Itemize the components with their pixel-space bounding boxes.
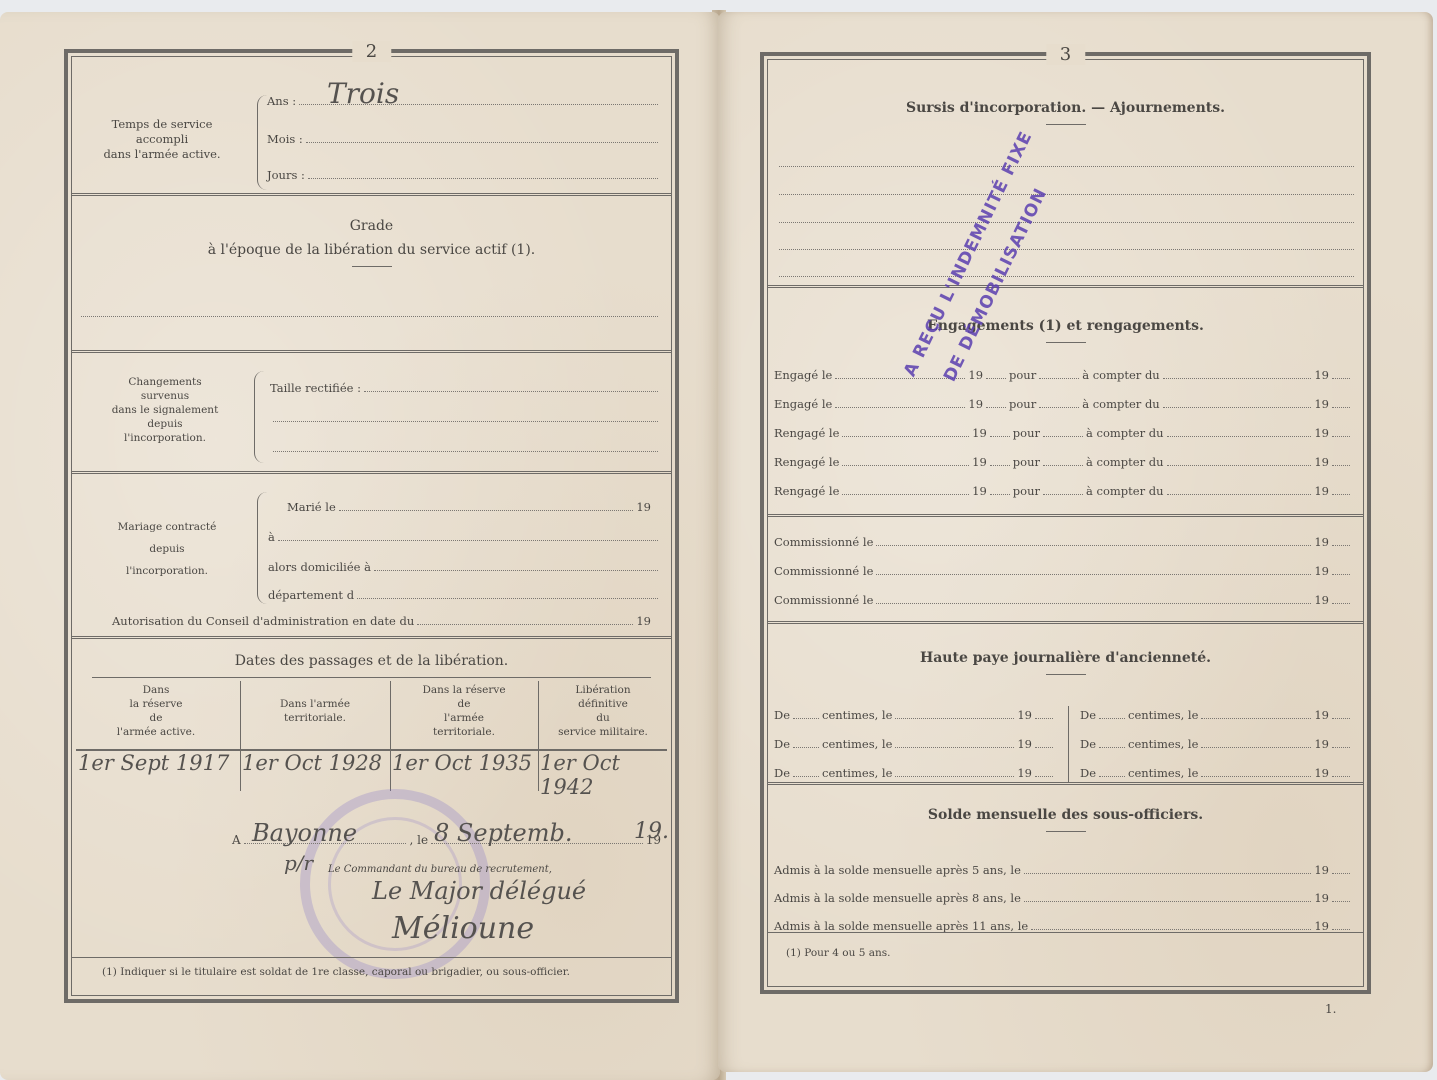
service-time-section: Temps de service accompli dans l'armée a…: [72, 57, 671, 196]
right-footnote: (1) Pour 4 ou 5 ans.: [786, 946, 891, 960]
engagements-section: Engagements (1) et rengagements. Engagé …: [768, 288, 1363, 517]
changes-line-3[interactable]: [270, 441, 661, 452]
column-divider: [1068, 706, 1069, 782]
marie-le-field[interactable]: Marié le19: [287, 500, 651, 514]
date-handwritten: 8 Septemb.: [434, 819, 573, 847]
date-reserve-territoriale: 1er Oct 1935: [392, 751, 532, 775]
left-page: 2 Temps de service accompli dans l'armée…: [0, 12, 720, 1080]
changes-line-2[interactable]: [270, 411, 661, 422]
year-handwritten: 19.: [634, 819, 669, 844]
commission-row[interactable]: Commissionné le19: [774, 564, 1353, 578]
divider: [352, 266, 392, 267]
commissions-section: Commissionné le19 Commissionné le19 Comm…: [768, 517, 1363, 624]
divider: [92, 677, 651, 678]
changes-section: Changements survenus dans le signalement…: [72, 353, 671, 474]
folio-number: 1.: [1325, 1002, 1336, 1016]
divider: [1046, 124, 1086, 125]
column-divider: [390, 681, 391, 791]
engagements-title: Engagements (1) et rengagements.: [768, 318, 1363, 334]
brace: [257, 492, 268, 604]
haute-paye-row-left[interactable]: Decentimes, le19: [774, 766, 1056, 780]
column-divider: [538, 681, 539, 791]
service-time-label: Temps de service accompli dans l'armée a…: [92, 117, 232, 162]
authorization-field[interactable]: Autorisation du Conseil d'administration…: [112, 614, 651, 628]
divider: [1046, 674, 1086, 675]
solde-row[interactable]: Admis à la solde mensuelle après 11 ans,…: [774, 919, 1353, 933]
grade-field[interactable]: [78, 306, 661, 317]
divider: [768, 932, 1363, 933]
domicile-field[interactable]: alors domiciliée à: [268, 560, 661, 574]
solde-title: Solde mensuelle des sous-officiers.: [768, 807, 1363, 823]
grade-subtitle: à l'époque de la libération du service a…: [72, 242, 671, 258]
jours-field[interactable]: Jours :: [267, 168, 661, 182]
ans-value-handwritten: Trois: [327, 77, 399, 110]
right-page-frame: 3 Sursis d'incorporation. — Ajournements…: [760, 52, 1371, 994]
sursis-line[interactable]: [776, 156, 1357, 167]
marriage-place-field[interactable]: à: [268, 530, 661, 544]
departement-field[interactable]: département d: [268, 588, 661, 602]
left-page-frame: 2 Temps de service accompli dans l'armée…: [64, 49, 679, 1003]
column-header-territoriale: Dans l'arméeterritoriale.: [240, 697, 390, 725]
column-header-reserve-territoriale: Dans la réservedel'arméeterritoriale.: [390, 683, 538, 739]
right-page: 3 Sursis d'incorporation. — Ajournements…: [718, 12, 1433, 1072]
marriage-section: Mariage contracté depuis l'incorporation…: [72, 474, 671, 639]
sursis-line[interactable]: [776, 212, 1357, 223]
divider: [1046, 831, 1086, 832]
sursis-line[interactable]: [776, 266, 1357, 277]
left-footnote: (1) Indiquer si le titulaire est soldat …: [102, 965, 570, 979]
sursis-title: Sursis d'incorporation. — Ajournements.: [768, 100, 1363, 116]
engagement-row[interactable]: Engagé le19 pour à compter du19: [774, 397, 1353, 411]
haute-paye-row-left[interactable]: Decentimes, le19: [774, 708, 1056, 722]
sursis-section: Sursis d'incorporation. — Ajournements.: [768, 60, 1363, 288]
haute-paye-row-right[interactable]: Decentimes, le19: [1080, 708, 1353, 722]
haute-paye-row-left[interactable]: Decentimes, le19: [774, 737, 1056, 751]
haute-paye-title: Haute paye journalière d'ancienneté.: [768, 650, 1363, 666]
grade-title: Grade: [72, 218, 671, 234]
signature: Mélioune: [392, 911, 534, 946]
sursis-line[interactable]: [776, 184, 1357, 195]
divider: [1046, 342, 1086, 343]
haute-paye-row-right[interactable]: Decentimes, le19: [1080, 737, 1353, 751]
rengagement-row[interactable]: Rengagé le19 pour à compter du19: [774, 484, 1353, 498]
column-header-liberation: Libérationdéfinitiveduservice militaire.: [538, 683, 668, 739]
sursis-line[interactable]: [776, 239, 1357, 250]
solde-section: Solde mensuelle des sous-officiers. Admi…: [768, 785, 1363, 925]
column-divider: [240, 681, 241, 791]
pp-handwritten: p/r: [284, 851, 313, 875]
taille-field[interactable]: Taille rectifiée :: [270, 381, 661, 395]
commander-label: Le Commandant du bureau de recrutement,: [328, 863, 552, 877]
rengagement-row[interactable]: Rengagé le19 pour à compter du19: [774, 426, 1353, 440]
haute-paye-row-right[interactable]: Decentimes, le19: [1080, 766, 1353, 780]
divider: [72, 957, 671, 958]
passages-title: Dates des passages et de la libération.: [72, 653, 671, 669]
commission-row[interactable]: Commissionné le19: [774, 593, 1353, 607]
date-reserve-active: 1er Sept 1917: [78, 751, 229, 775]
delegate-handwritten: Le Major délégué: [372, 877, 586, 905]
commission-row[interactable]: Commissionné le19: [774, 535, 1353, 549]
haute-paye-section: Haute paye journalière d'ancienneté. Dec…: [768, 624, 1363, 785]
engagement-row[interactable]: Engagé le19 pour à compter du19: [774, 368, 1353, 382]
date-liberation: 1er Oct 1942: [540, 751, 671, 799]
grade-section: Grade à l'époque de la libération du ser…: [72, 196, 671, 353]
marriage-label: Mariage contracté depuis l'incorporation…: [97, 516, 237, 582]
solde-row[interactable]: Admis à la solde mensuelle après 5 ans, …: [774, 863, 1353, 877]
changes-label: Changements survenus dans le signalement…: [100, 375, 230, 445]
place-handwritten: Bayonne: [252, 819, 357, 847]
passages-section: Dates des passages et de la libération. …: [72, 639, 671, 957]
column-header-reserve-active: Dansla réservedel'armée active.: [72, 683, 240, 739]
solde-row[interactable]: Admis à la solde mensuelle après 8 ans, …: [774, 891, 1353, 905]
mois-field[interactable]: Mois :: [267, 132, 661, 146]
brace: [254, 371, 265, 463]
rengagement-row[interactable]: Rengagé le19 pour à compter du19: [774, 455, 1353, 469]
date-territoriale: 1er Oct 1928: [242, 751, 382, 775]
